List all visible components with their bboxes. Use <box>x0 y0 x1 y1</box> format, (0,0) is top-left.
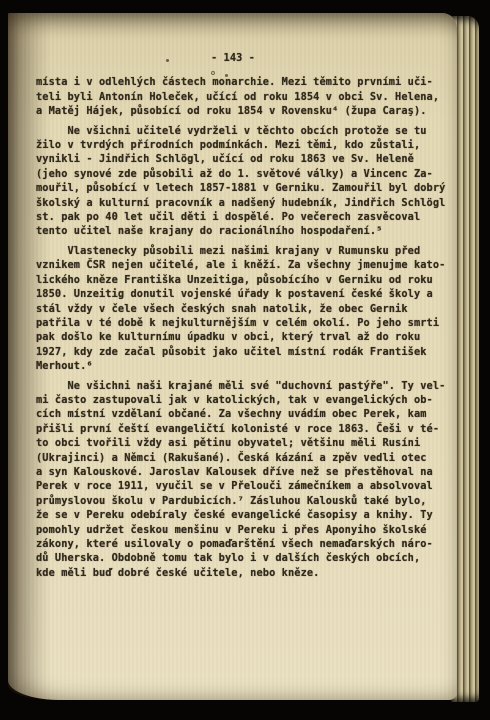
paragraph-3: Vlastenecky působili mezi našimi krajany… <box>36 244 450 374</box>
paragraph-2: Ne všichni učitelé vydrželi v těchto obc… <box>36 124 450 239</box>
book-page: - 143 - místa i v odlehlých částech mona… <box>8 13 457 700</box>
paragraph-4: Ne všichni naši krajané měli své "duchov… <box>36 379 450 581</box>
book-scan: - 143 - místa i v odlehlých částech mona… <box>0 0 490 720</box>
page-content: - 143 - místa i v odlehlých částech mona… <box>36 51 450 585</box>
page-number: - 143 - <box>26 51 440 65</box>
paragraph-1: místa i v odlehlých částech monarchie. M… <box>36 75 450 118</box>
